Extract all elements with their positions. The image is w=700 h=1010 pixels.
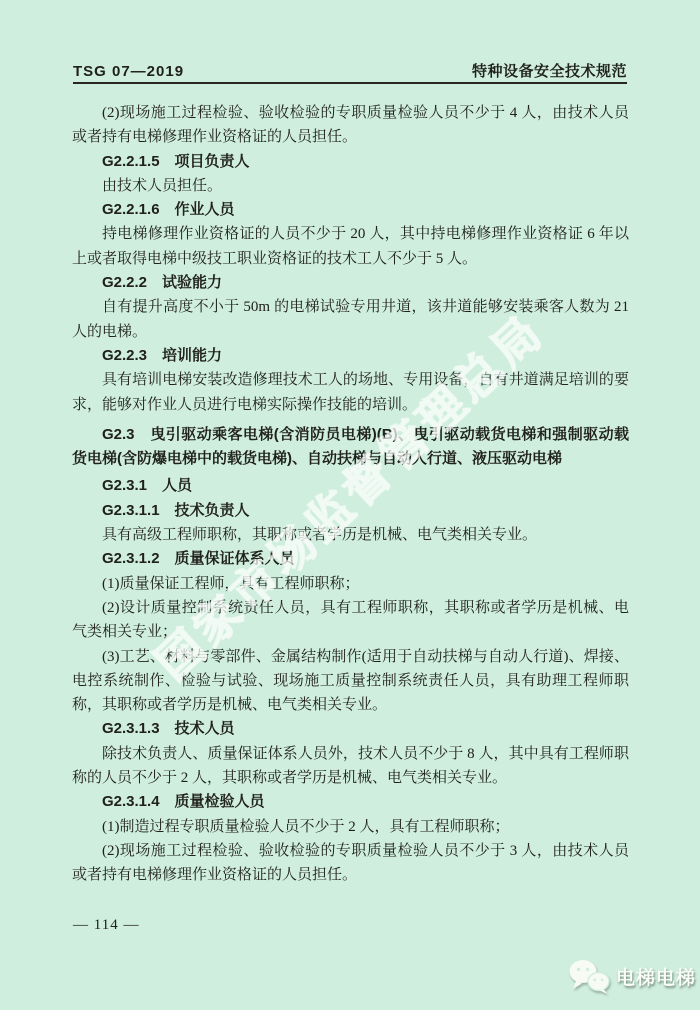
paragraph: (2)设计质量控制系统责任人员，具有工程师职称，其职称或者学历是机械、电气类相关… <box>72 596 629 645</box>
paragraph: 除技术负责人、质量保证体系人员外，技术人员不少于 8 人，其中具有工程师职称的人… <box>72 742 629 791</box>
wechat-badge: 电梯电梯 <box>567 958 696 995</box>
document-page: TSG 07—2019 特种设备安全技术规范 (2)现场施工过程检验、验收检验的… <box>0 0 700 1010</box>
section-heading: G2.2.2 试验能力 <box>72 271 629 295</box>
page-number: — 114 — <box>73 917 139 934</box>
wechat-icon <box>567 958 611 995</box>
header-rule <box>73 82 627 84</box>
section-heading: G2.2.3 培训能力 <box>72 344 629 368</box>
doc-code: TSG 07—2019 <box>73 63 184 80</box>
paragraph: (3)工艺、材料与零部件、金属结构制作(适用于自动扶梯与自动人行道)、焊接、电控… <box>72 645 629 718</box>
section-heading: G2.2.1.5 项目负责人 <box>72 150 629 174</box>
paragraph: (2)现场施工过程检验、验收检验的专职质量检验人员不少于 3 人，由技术人员或者… <box>72 839 629 888</box>
paragraph: 由技术人员担任。 <box>72 174 629 198</box>
section-heading: G2.3.1.3 技术人员 <box>72 717 629 741</box>
document-body: (2)现场施工过程检验、验收检验的专职质量检验人员不少于 4 人，由技术人员或者… <box>72 101 629 888</box>
section-heading: G2.2.1.6 作业人员 <box>72 198 629 222</box>
section-heading: G2.3.1.1 技术负责人 <box>72 499 629 523</box>
paragraph: 自有提升高度不小于 50m 的电梯试验专用井道，该井道能够安装乘客人数为 21 … <box>72 295 629 344</box>
section-heading: G2.3.1.2 质量保证体系人员 <box>72 547 629 571</box>
section-heading: G2.3 曳引驱动乘客电梯(含消防员电梯)(B)、曳引驱动载货电梯和强制驱动载货… <box>72 423 629 472</box>
section-heading: G2.3.1 人员 <box>72 474 629 498</box>
paragraph: 具有高级工程师职称，其职称或者学历是机械、电气类相关专业。 <box>72 523 629 547</box>
wechat-account-name: 电梯电梯 <box>616 963 696 990</box>
page-header: TSG 07—2019 特种设备安全技术规范 <box>73 60 627 81</box>
section-heading: G2.3.1.4 质量检验人员 <box>72 790 629 814</box>
doc-title: 特种设备安全技术规范 <box>472 60 627 81</box>
paragraph: (2)现场施工过程检验、验收检验的专职质量检验人员不少于 4 人，由技术人员或者… <box>72 101 629 150</box>
paragraph: (1)质量保证工程师，具有工程师职称； <box>72 572 629 596</box>
paragraph: 持电梯修理作业资格证的人员不少于 20 人，其中持电梯修理作业资格证 6 年以上… <box>72 222 629 271</box>
paragraph: (1)制造过程专职质量检验人员不少于 2 人，具有工程师职称； <box>72 815 629 839</box>
paragraph: 具有培训电梯安装改造修理技术工人的场地、专用设备，自有井道满足培训的要求，能够对… <box>72 368 629 417</box>
